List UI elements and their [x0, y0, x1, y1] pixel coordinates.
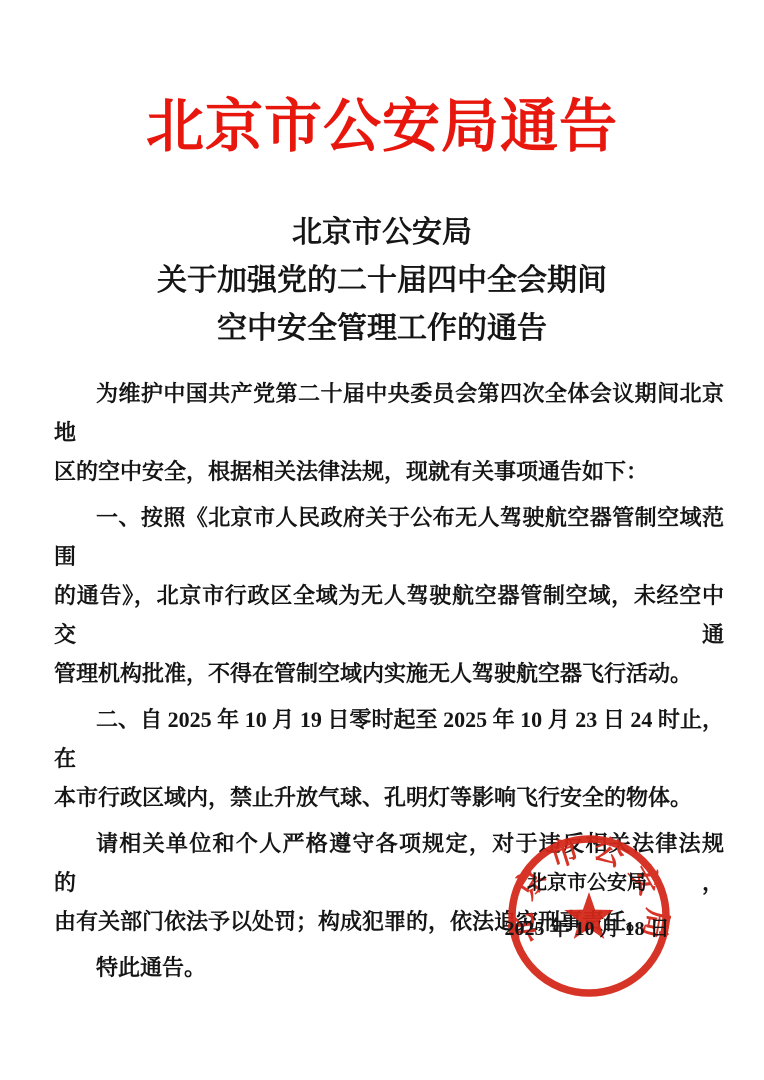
paragraph-item-2: 二、自 2025 年 10 月 19 日零时起至 2025 年 10 月 23 … [54, 700, 724, 817]
body-line: 一、按照《北京市人民政府关于公布无人驾驶航空器管制空域范围 [54, 498, 724, 576]
notice-title: 北京市公安局通告 [0, 92, 764, 162]
notice-page: 北京市公安局通告 北京市公安局 关于加强党的二十届四中全会期间 空中安全管理工作… [0, 0, 764, 1080]
heading-line-subject2: 空中安全管理工作的通告 [0, 305, 764, 353]
paragraph-item-1: 一、按照《北京市人民政府关于公布无人驾驶航空器管制空域范围 的通告》，北京市行政… [54, 498, 724, 693]
body-line: 为维护中国共产党第二十届中央委员会第四次全体会议期间北京地 [54, 374, 724, 452]
body-line: 的通告》，北京市行政区全域为无人驾驶航空器管制空域，未经空中交通 [54, 576, 724, 654]
body-line: 管理机构批准，不得在管制空域内实施无人驾驶航空器飞行活动。 [54, 654, 724, 693]
body-line: 二、自 2025 年 10 月 19 日零时起至 2025 年 10 月 23 … [54, 700, 724, 778]
notice-heading: 北京市公安局 关于加强党的二十届四中全会期间 空中安全管理工作的通告 [0, 209, 764, 353]
body-line: 本市行政区域内，禁止升放气球、孔明灯等影响飞行安全的物体。 [54, 778, 724, 817]
heading-line-subject: 关于加强党的二十届四中全会期间 [0, 257, 764, 305]
signature-issuer: 北京市公安局 [502, 871, 672, 895]
paragraph-intro: 为维护中国共产党第二十届中央委员会第四次全体会议期间北京地 区的空中安全，根据相… [54, 374, 724, 491]
heading-line-issuer: 北京市公安局 [0, 209, 764, 257]
body-line: 区的空中安全，根据相关法律法规，现就有关事项通告如下： [54, 452, 724, 491]
signature-date: 2025 年 10 月 18 日 [502, 917, 672, 941]
signature-block: 北京市公安局 2025 年 10 月 18 日 [502, 871, 672, 941]
